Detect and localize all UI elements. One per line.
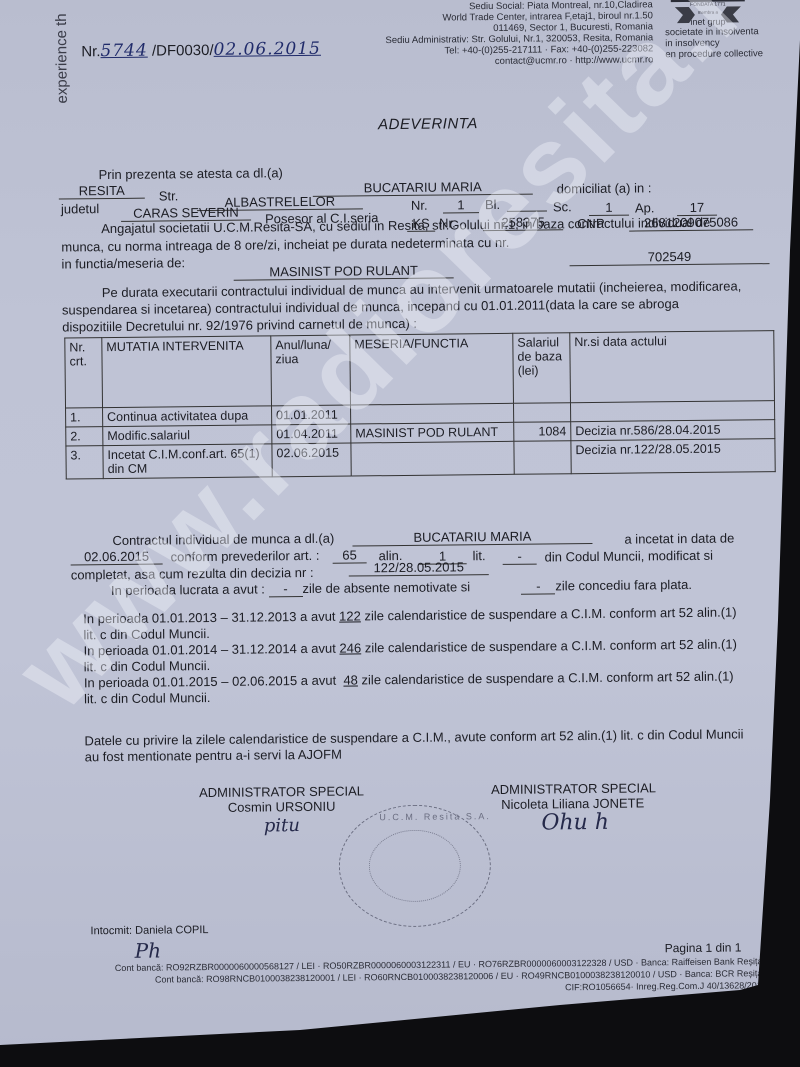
document-title: ADEVERINTA	[378, 115, 478, 133]
suspension-days: 48	[343, 672, 358, 687]
table-cell	[351, 403, 514, 424]
suspension-text: zile calendaristice de suspendare a C.I.…	[365, 636, 737, 655]
table-cell	[570, 401, 774, 422]
header-cell: Nr.si data actului	[570, 331, 775, 403]
decision-label: completat, asa cum rezulta din decizia n…	[71, 565, 314, 583]
svg-text:membra a: membra a	[698, 10, 719, 15]
suspension-period: In perioada 01.01.2013 – 31.12.2013 a av…	[83, 609, 335, 627]
contract-nr-field: 702549	[569, 248, 769, 266]
table-cell: Decizia nr.122/28.05.2015	[571, 439, 775, 474]
intro-label: Prin prezenta se atesta ca dl.(a)	[98, 165, 282, 182]
unpaid-text: zile concediu fara plata.	[555, 577, 692, 593]
header-line: contact@ucmr.ro · http://www.ucmr.ro	[386, 54, 654, 68]
table-cell: 01.01.2011	[272, 405, 351, 425]
county-label: judetul	[61, 201, 99, 216]
nr-field: 1	[443, 197, 479, 213]
function-field: MASINIST POD RULANT	[234, 262, 454, 280]
reference-code: /DF0030/	[152, 42, 214, 60]
signatory-1: ADMINISTRATOR SPECIAL Cosmin URSONIU pit…	[199, 783, 364, 834]
reference-handwritten-number: 5744	[100, 41, 147, 61]
decision-field: 122/28.05.2015	[349, 559, 489, 576]
city-field: RESITA	[59, 183, 145, 200]
code-label: din Codul Muncii, modificat si	[545, 548, 714, 565]
table-cell	[514, 441, 571, 475]
signature-2: Ohu h	[491, 814, 656, 831]
reference-prefix: Nr.	[81, 43, 100, 60]
table-header-row: Nr. crt. MUTATIA INTERVENITA Anul/luna/ …	[65, 331, 775, 408]
termination-date: 02.06.2015	[70, 548, 162, 565]
absence-days: -	[268, 581, 302, 597]
svg-text:inet grup: inet grup	[690, 17, 725, 27]
document-paper: experience th Nr.5744 /DF0030/02.06.2015…	[0, 0, 800, 1067]
domicile-label: domiciliat (a) in :	[557, 180, 652, 196]
suspension-block: In perioada 01.01.2013 – 31.12.2013 a av…	[83, 604, 737, 707]
insolvency-line: societate in insolventa	[665, 26, 763, 38]
table-cell	[513, 403, 570, 423]
art-label: conform prevederilor art. :	[171, 548, 320, 565]
city-value: RESITA	[59, 183, 145, 200]
inet-grup-logo-icon: FONDATA 1771 membra a inet grup	[667, 0, 749, 29]
ap-field: 17	[677, 200, 717, 216]
header-cell: MUTATIA INTERVENITA	[102, 336, 272, 408]
decision-value: 122/28.05.2015	[349, 559, 489, 576]
table-cell: Modific.salariul	[103, 425, 272, 446]
suspension-text: zile calendaristice de suspendare a C.I.…	[364, 604, 736, 623]
absence-label: In perioada lucrata a avut :	[111, 581, 265, 598]
reference-number: Nr.5744 /DF0030/02.06.2015	[81, 39, 321, 62]
mutations-text-3: dispozitiile Decretului nr. 92/1976 priv…	[62, 316, 417, 335]
termination-date-field: 02.06.2015	[70, 548, 162, 565]
nr-label: Nr.	[411, 198, 428, 213]
sc-value: 1	[589, 200, 629, 216]
signatory-2: ADMINISTRATOR SPECIAL Nicoleta Liliana J…	[491, 780, 656, 831]
cif-line: CIF:RO1056654· Inreg.Reg.Com.J 40/13628/…	[565, 980, 766, 992]
prepared-signature: Ph	[135, 939, 162, 963]
suspension-period: In perioada 01.01.2015 – 02.06.2015 a av…	[84, 673, 336, 691]
lit-value: -	[503, 549, 537, 565]
table-cell: Decizia nr.586/28.04.2015	[571, 420, 775, 441]
bl-label: Bl.	[485, 197, 500, 212]
table-cell: 01.04.2011	[272, 424, 351, 444]
ap-value: 17	[677, 200, 717, 216]
header-cell: Anul/luna/ ziua	[271, 335, 351, 406]
reference-handwritten-date: 02.06.2015	[213, 39, 321, 60]
header-cell: Salariul de baza (lei)	[513, 333, 571, 404]
table-row: 3. Incetat C.I.M.conf.art. 65(1) din CM …	[66, 439, 775, 479]
table-cell: 1084	[514, 422, 571, 442]
suspension-period: In perioada 01.01.2014 – 31.12.2014 a av…	[83, 641, 335, 659]
header-cell: Nr. crt.	[65, 338, 103, 408]
table-cell: 1.	[66, 408, 103, 427]
prepared-by: Intocmit: Daniela COPIL	[90, 924, 208, 937]
table-cell: 2.	[66, 427, 103, 446]
table-cell	[351, 441, 514, 476]
table-cell: 02.06.2015	[272, 443, 351, 477]
document-sheet: experience th Nr.5744 /DF0030/02.06.2015…	[0, 0, 800, 1067]
termination-name-field: BUCATARIU MARIA	[352, 528, 592, 547]
ceased-label: a incetat in data de	[624, 531, 734, 547]
termination-name: BUCATARIU MARIA	[352, 528, 592, 547]
company-logo: FONDATA 1771 membra a inet grup	[667, 0, 749, 29]
mutations-table: Nr. crt. MUTATIA INTERVENITA Anul/luna/ …	[64, 330, 775, 479]
sc-label: Sc.	[553, 199, 572, 214]
side-tagline: experience th	[53, 13, 71, 103]
table-cell: Continua activitatea dupa	[103, 406, 272, 427]
contract-text: munca, cu norma intreaga de 8 ore/zi, in…	[61, 235, 509, 255]
table-cell: MASINIST POD RULANT	[351, 422, 514, 443]
stamp-text: U.C.M. Resita S.A.	[379, 811, 491, 822]
ap-label: Ap.	[635, 200, 655, 215]
table-cell: 3.	[66, 446, 103, 479]
bl-value	[507, 196, 547, 211]
function-value: MASINIST POD RULANT	[234, 262, 454, 280]
page-number: Pagina 1 din 1	[665, 940, 742, 955]
insolvency-note: societate in insolventa in insolvency en…	[665, 26, 763, 60]
signatory-role: ADMINISTRATOR SPECIAL	[199, 783, 364, 800]
contract-nr-value: 702549	[569, 248, 769, 266]
lit-field: -	[503, 549, 537, 565]
nr-value: 1	[443, 197, 479, 213]
unpaid-days: -	[521, 578, 555, 594]
function-label: in functia/meseria de:	[61, 255, 185, 271]
suspension-text: zile calendaristice de suspendare a C.I.…	[361, 669, 733, 688]
bl-field	[507, 196, 547, 214]
table-cell: Incetat C.I.M.conf.art. 65(1) din CM	[103, 444, 272, 479]
sc-field: 1	[589, 200, 629, 216]
termination-label: Contractul individual de munca a dl.(a)	[112, 531, 334, 548]
company-header: Sediu Social: Piata Montreal, nr.10,Clad…	[385, 0, 653, 68]
signatory-role: ADMINISTRATOR SPECIAL	[491, 780, 656, 797]
header-cell: MESERIA/FUNCTIA	[350, 333, 514, 405]
suspension-days: 122	[339, 608, 361, 623]
svg-text:FONDATA 1771: FONDATA 1771	[690, 2, 726, 8]
suspension-days: 246	[339, 640, 361, 655]
insolvency-line: en procedure collective	[665, 48, 763, 60]
closing-text: Datele cu privire la zilele calendaristi…	[84, 726, 743, 765]
signatory-name: Cosmin URSONIU	[199, 798, 364, 815]
signature-1: pitu	[199, 817, 364, 834]
street-label: Str.	[159, 188, 179, 203]
absence-text: zile de absente nemotivate si	[302, 579, 470, 596]
